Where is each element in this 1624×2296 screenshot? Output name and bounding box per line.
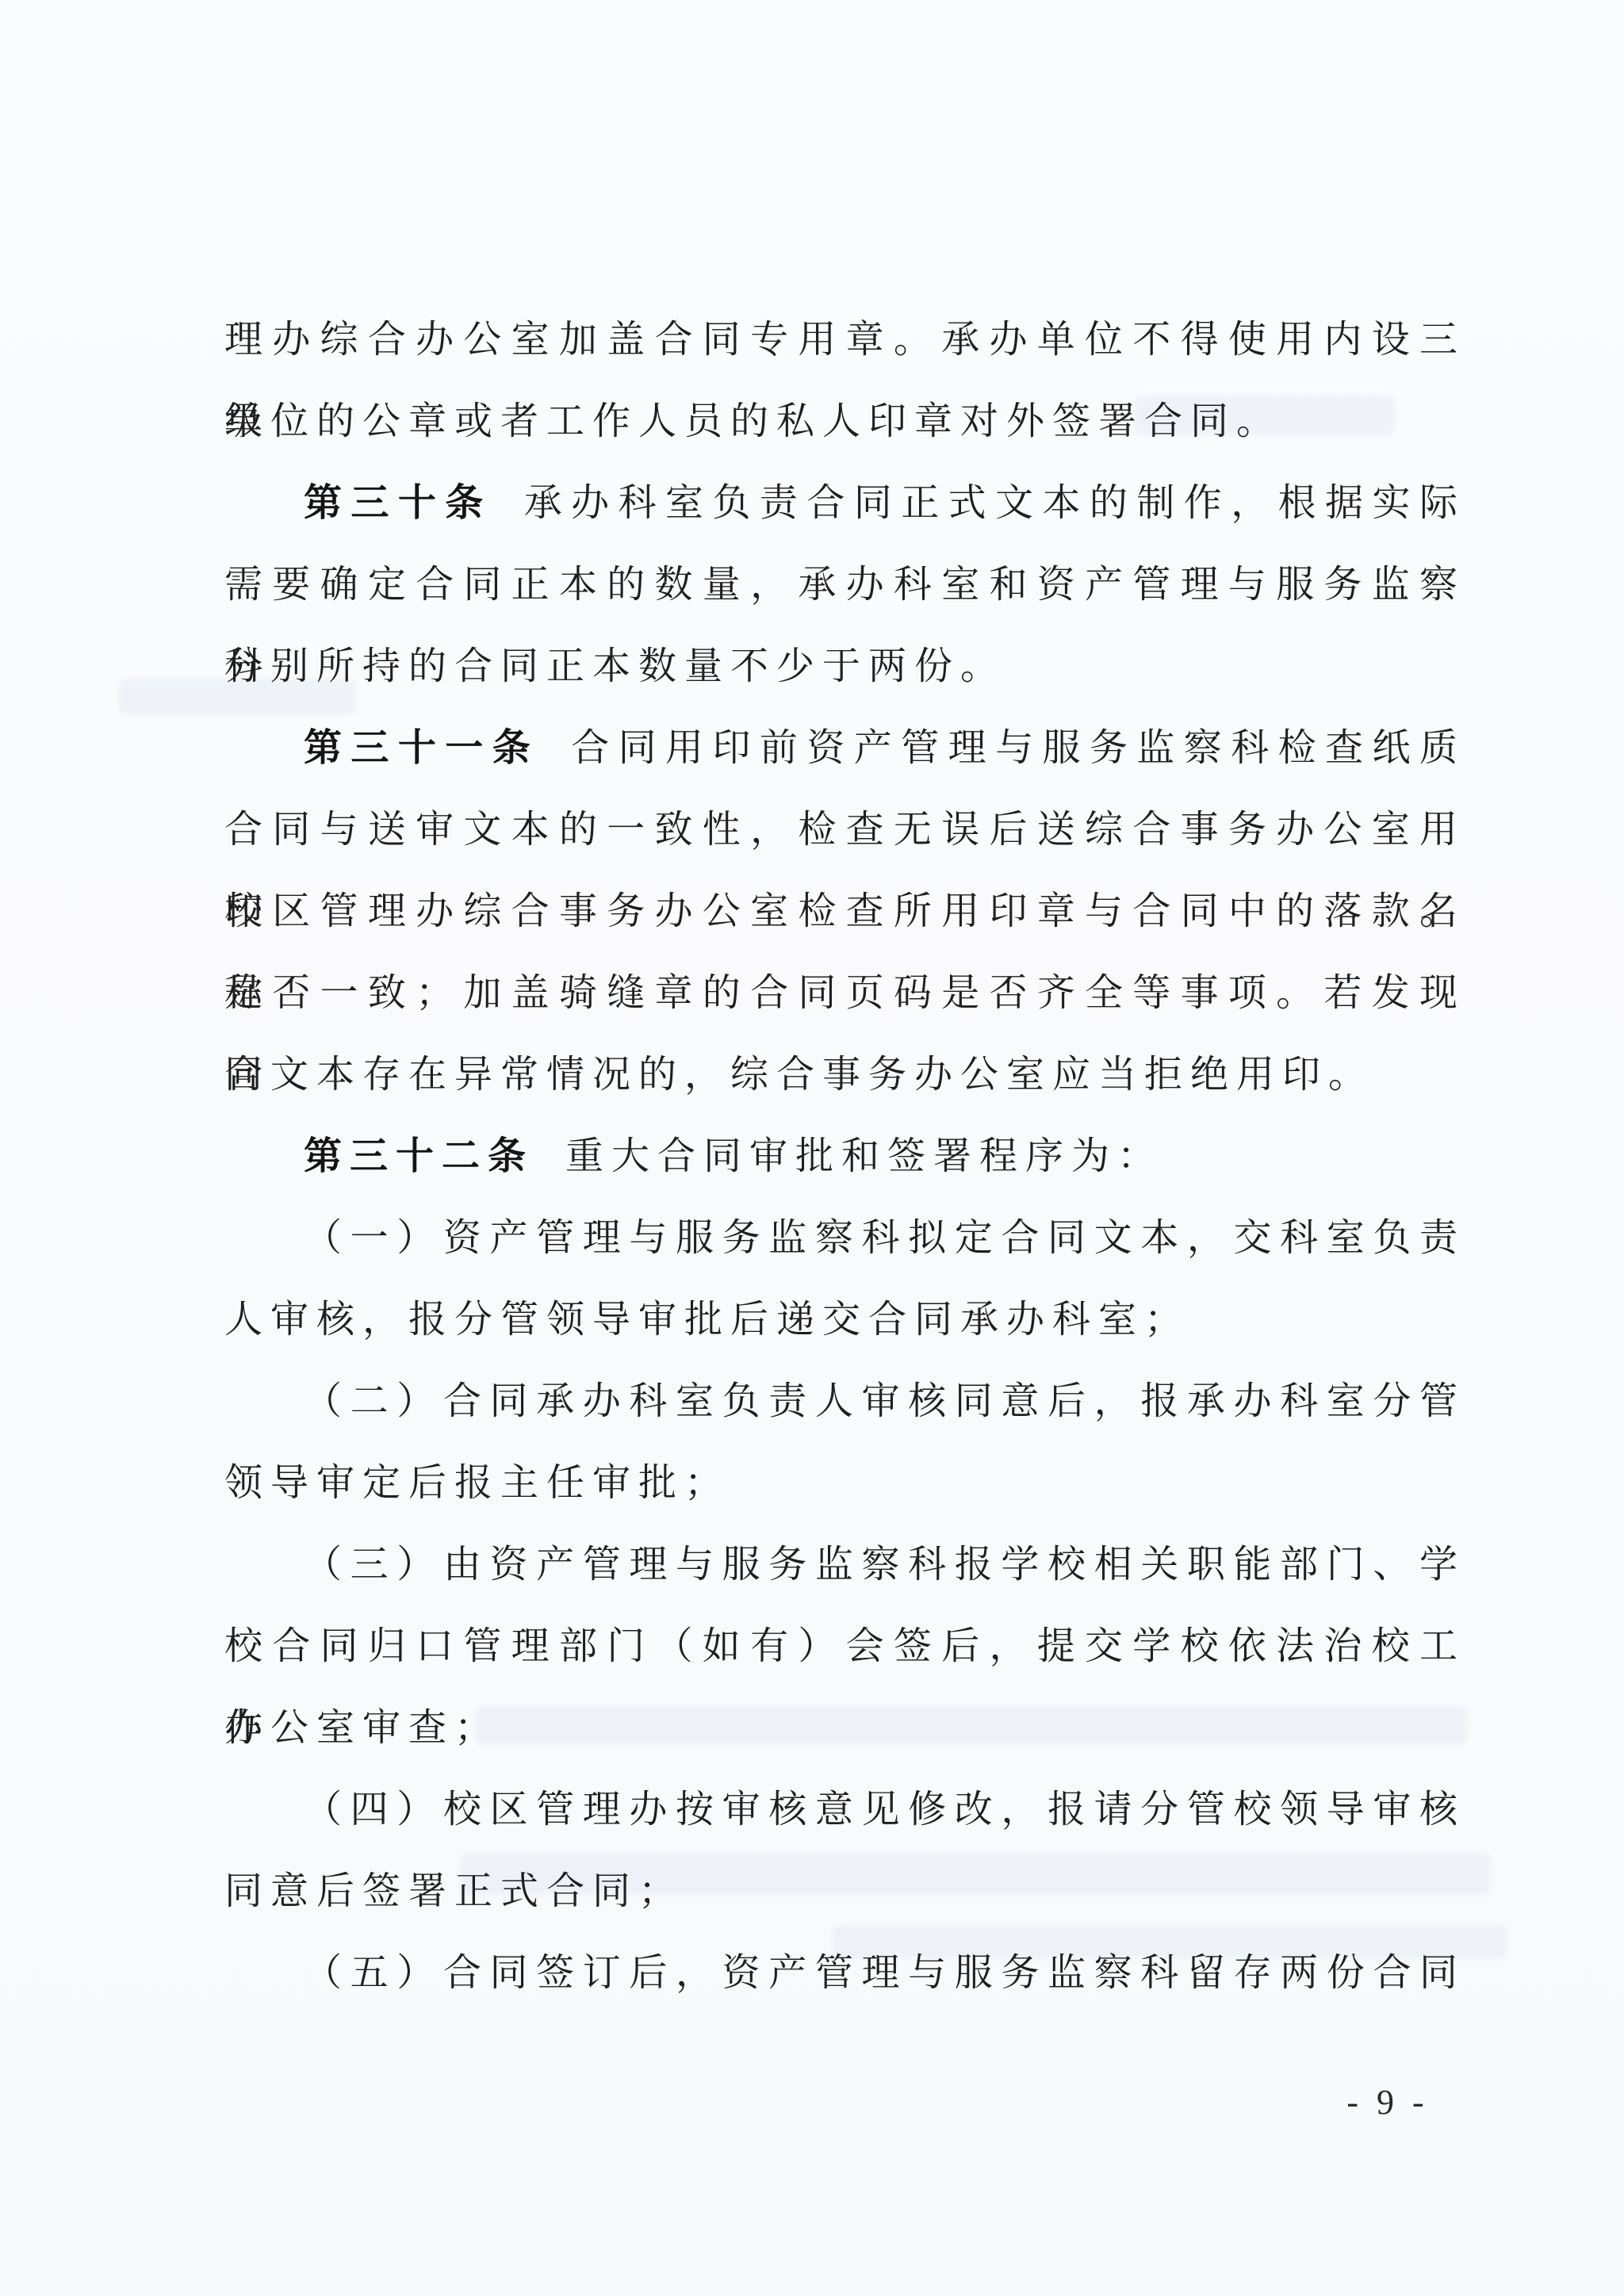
text-line: 分别所持的合同正本数量不少于两份。 xyxy=(224,626,1465,707)
line-text: 办公室审查； xyxy=(224,1707,500,1749)
line-text: 分别所持的合同正本数量不少于两份。 xyxy=(224,645,1006,687)
text-line: 校区管理办综合事务办公室检查所用印章与合同中的落款名称 xyxy=(224,871,1465,952)
text-line: 人审核，报分管领导审批后递交合同承办科室； xyxy=(224,1279,1465,1360)
article-number: 第三十一条 xyxy=(304,727,539,769)
line-text: （二）合同承办科室负责人审核同意后，报承办科室分管 xyxy=(304,1380,1465,1422)
line-text: 领导审定后报主任审批； xyxy=(224,1462,730,1504)
text-line: 理办综合办公室加盖合同专用章。承办单位不得使用内设三级 xyxy=(224,299,1465,381)
line-text: 承办科室负责合同正式文本的制作，根据实际 xyxy=(524,482,1465,524)
text-line: 单位的公章或者工作人员的私人印章对外签署合同。 xyxy=(224,381,1465,462)
line-text: 人审核，报分管领导审批后递交合同承办科室； xyxy=(224,1299,1190,1341)
article-number: 第三十条 xyxy=(304,482,492,524)
text-line: 合同与送审文本的一致性，检查无误后送综合事务办公室用印。 xyxy=(224,789,1465,871)
line-text: 合同用印前资产管理与服务监察科检查纸质 xyxy=(571,727,1465,769)
text-line: （一）资产管理与服务监察科拟定合同文本，交科室负责 xyxy=(224,1197,1465,1279)
line-text: 同意后签署正式合同； xyxy=(224,1870,684,1912)
text-line: 第三十二条重大合同审批和签署程序为： xyxy=(224,1115,1465,1197)
scanned-document-page: 理办综合办公室加盖合同专用章。承办单位不得使用内设三级 单位的公章或者工作人员的… xyxy=(0,0,1624,2296)
text-line: （二）合同承办科室负责人审核同意后，报承办科室分管 xyxy=(224,1360,1465,1442)
text-line: 办公室审查； xyxy=(224,1687,1465,1769)
line-text: 同文本存在异常情况的，综合事务办公室应当拒绝用印。 xyxy=(224,1054,1374,1096)
text-line: 第三十条承办科室负责合同正式文本的制作，根据实际 xyxy=(224,462,1465,544)
text-line: （三）由资产管理与服务监察科报学校相关职能部门、学 xyxy=(224,1524,1465,1605)
text-line: （五）合同签订后，资产管理与服务监察科留存两份合同 xyxy=(224,1932,1465,2014)
text-line: （四）校区管理办按审核意见修改，报请分管校领导审核 xyxy=(224,1769,1465,1850)
line-text: （五）合同签订后，资产管理与服务监察科留存两份合同 xyxy=(304,1952,1465,1994)
text-line: 是否一致；加盖骑缝章的合同页码是否齐全等事项。若发现合 xyxy=(224,952,1465,1034)
text-line: 第三十一条合同用印前资产管理与服务监察科检查纸质 xyxy=(224,707,1465,789)
line-text: （四）校区管理办按审核意见修改，报请分管校领导审核 xyxy=(304,1789,1465,1831)
line-text: （一）资产管理与服务监察科拟定合同文本，交科室负责 xyxy=(304,1217,1465,1259)
article-number: 第三十二条 xyxy=(304,1135,534,1177)
line-text: 重大合同审批和签署程序为： xyxy=(565,1135,1163,1177)
text-line: 需要确定合同正本的数量，承办科室和资产管理与服务监察科 xyxy=(224,544,1465,626)
text-line: 领导审定后报主任审批； xyxy=(224,1442,1465,1524)
line-text: （三）由资产管理与服务监察科报学校相关职能部门、学 xyxy=(304,1544,1465,1586)
text-line: 同文本存在异常情况的，综合事务办公室应当拒绝用印。 xyxy=(224,1034,1465,1115)
text-line: 校合同归口管理部门（如有）会签后，提交学校依法治校工作 xyxy=(224,1605,1465,1687)
text-line: 同意后签署正式合同； xyxy=(224,1850,1465,1932)
line-text: 单位的公章或者工作人员的私人印章对外签署合同。 xyxy=(224,400,1282,442)
page-number: - 9 - xyxy=(1308,2071,1467,2134)
document-lines: 理办综合办公室加盖合同专用章。承办单位不得使用内设三级 单位的公章或者工作人员的… xyxy=(224,299,1465,2014)
